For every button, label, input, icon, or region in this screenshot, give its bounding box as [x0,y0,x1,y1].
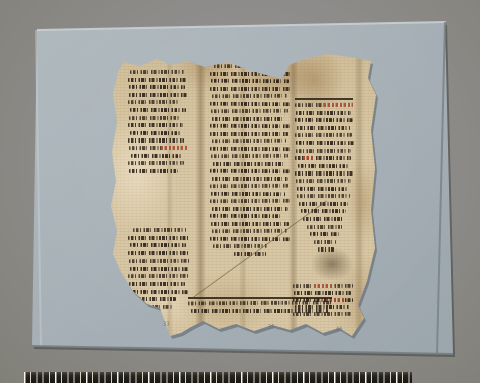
glyph-line [211,222,289,226]
photographic-scale-bar [24,372,412,383]
rule-above-bottom-lines [188,297,332,299]
glyph-line [128,78,186,82]
mount-annotation-2: 35 [268,325,275,330]
glyph-line [293,284,353,289]
glyph-line [296,148,351,153]
glyph-line [129,85,185,89]
glyph-line [130,131,182,135]
glyph-line [128,100,180,105]
glyph-line [297,194,350,199]
glyph-line [210,146,290,151]
glyph-line [295,133,352,138]
glyph-line [139,297,176,301]
glyph-line [128,251,188,255]
photograph: 33 35 46 [0,0,480,383]
glyph-line [296,141,354,145]
glyph-line [128,138,184,142]
glyph-line [129,146,187,151]
glyph-line [210,87,290,91]
glyph-line [211,79,289,84]
glyph-line [129,169,178,173]
rule-above-col3 [295,98,353,100]
glyph-line [128,161,184,166]
glyph-line [213,162,285,166]
glyph-line [212,139,286,144]
red-ink-passage [160,146,186,150]
glyph-line [303,217,344,221]
glyph-line [295,156,351,160]
glyph-line [129,259,191,264]
glyph-line [297,126,350,130]
glyph-line [130,70,184,75]
glyph-line [210,184,288,189]
glyph-line [212,117,284,121]
papyrus-column-bottom-center-lines [188,301,332,320]
glyph-line [296,111,351,115]
glyph-line [310,232,339,236]
papyrus-column-col3 [295,103,353,259]
red-ink-passage [303,156,313,160]
red-ink-passage [324,103,353,107]
glyph-line [297,186,348,190]
glyph-line [130,243,186,247]
glyph-line [128,123,183,127]
glyph-line [212,229,287,234]
glyph-line [298,164,350,168]
glyph-line [191,309,328,313]
glyph-line [133,228,186,233]
glyph-line [210,169,290,174]
glyph-line [210,132,288,136]
glyph-line [130,266,188,270]
glyph-line [211,109,288,114]
glyph-line [212,177,288,181]
glyph-line [211,191,285,196]
glyph-line [318,247,334,251]
glyph-line [307,224,342,228]
glyph-line [295,171,353,175]
glyph-line [131,153,183,157]
glyph-line [212,94,287,99]
glyph-line [210,214,282,219]
red-ink-passage [314,284,332,288]
glyph-line [294,291,351,295]
papyrus-fragment [108,52,380,340]
glyph-line [129,115,180,119]
glyph-line [212,207,289,211]
glyph-line [295,118,353,122]
glyph-line [130,289,189,293]
papyrus-column-col2 [210,64,290,263]
glyph-line [210,236,290,241]
glyph-line [210,101,290,106]
glyph-line [296,179,351,184]
glyph-line [295,103,353,108]
glyph-line [211,154,288,159]
glyph-line [129,282,185,286]
glyph-line [129,93,187,97]
glyph-line [188,301,332,306]
glyph-line [128,236,190,240]
glyph-line [130,108,186,112]
glyph-line [314,240,336,244]
papyrus-column-col1-upper [128,70,186,180]
glyph-line [210,199,290,204]
mount-annotation-1: 33 [163,322,170,327]
mount-annotation-3: 46 [336,327,343,332]
glyph-line [210,124,290,129]
glyph-line [128,274,188,279]
